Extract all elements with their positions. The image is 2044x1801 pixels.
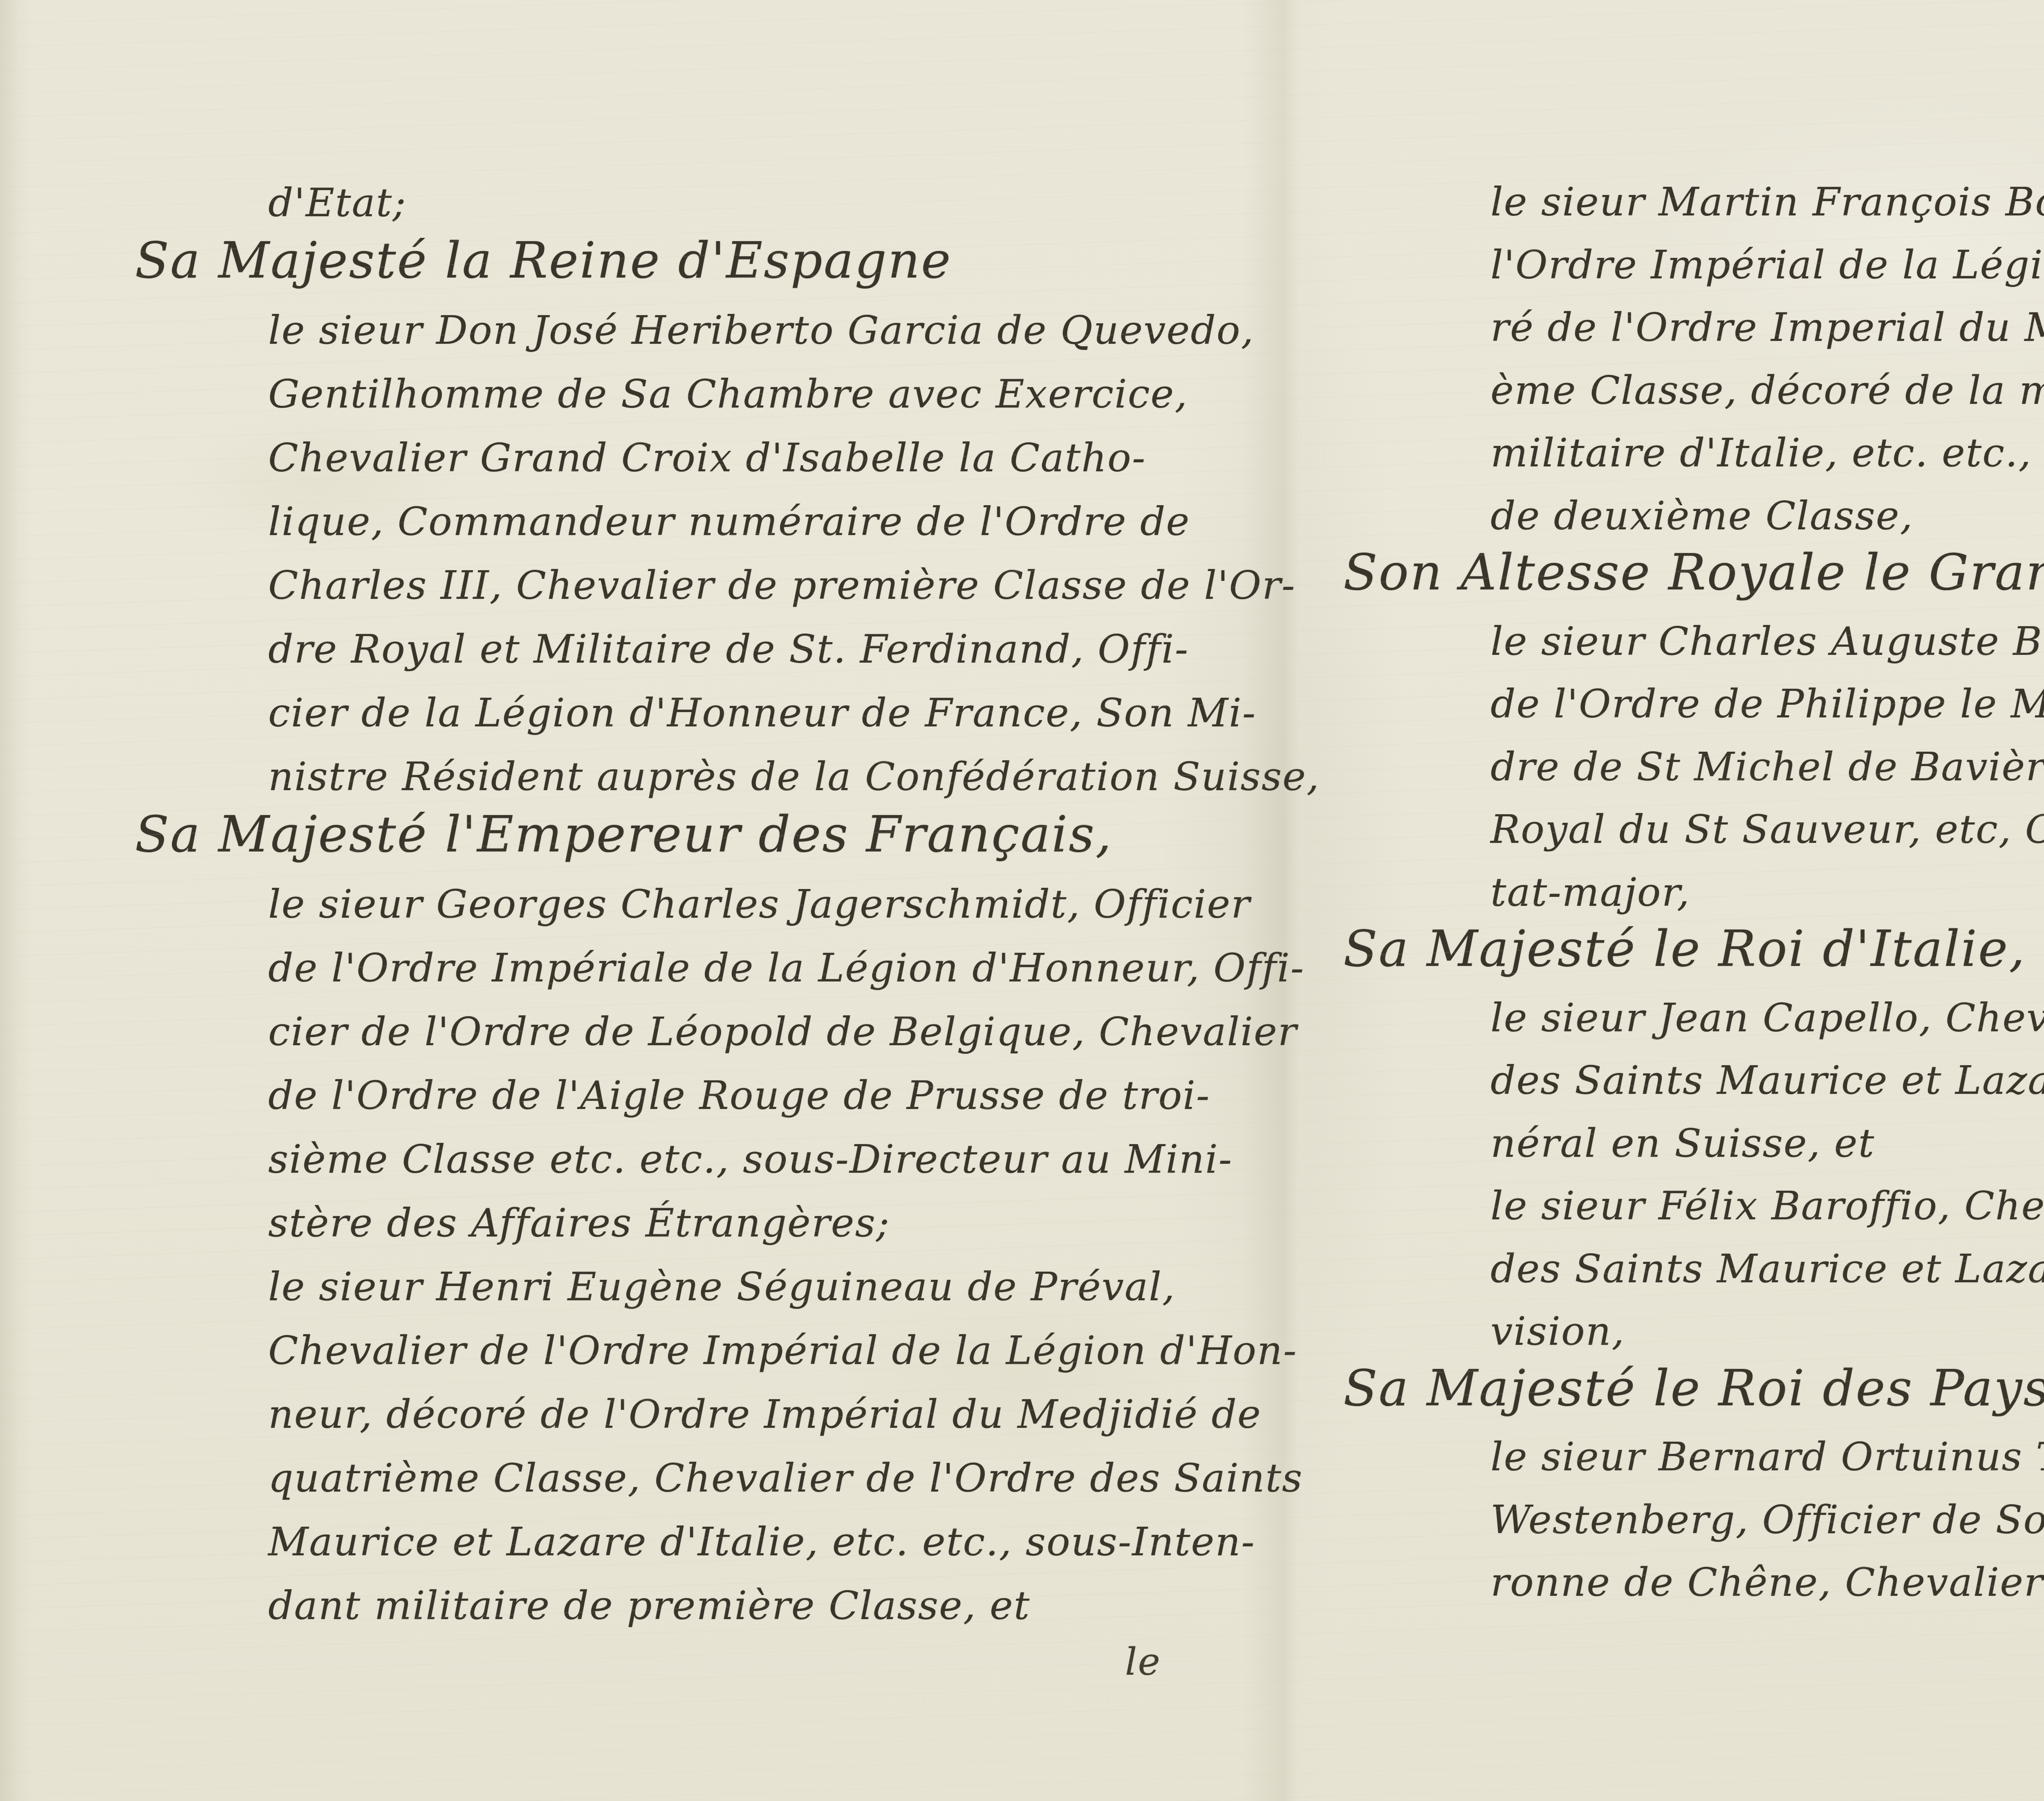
manuscript-text-line: de l'Ordre Impériale de la Légion d'Honn…	[268, 945, 1304, 991]
manuscript-text-line: Chevalier de l'Ordre Impérial de la Légi…	[268, 1328, 1297, 1373]
manuscript-text-line: sième Classe etc. etc., sous-Directeur a…	[268, 1136, 1233, 1182]
catchword-left: le	[1125, 1640, 1161, 1684]
manuscript-text-line: le sieur Georges Charles Jagerschmidt, O…	[268, 881, 1251, 927]
sovereign-heading-line: Sa Majesté l'Empereur des Français,	[135, 805, 1113, 863]
manuscript-text-line: Maurice et Lazare d'Italie, etc. etc., s…	[268, 1519, 1255, 1565]
sovereign-heading-line: Sa Majesté le Roi des Pays-Bas,	[1343, 1359, 2044, 1417]
manuscript-text-line: l'Ordre Impérial de la Légion d'Honneur,…	[1490, 242, 2044, 288]
manuscript-text-line: nistre Résident auprès de la Confédérati…	[268, 754, 1320, 800]
manuscript-text-line: neur, décoré de l'Ordre Impérial du Medj…	[268, 1391, 1262, 1437]
manuscript-text-line: cier de la Légion d'Honneur de France, S…	[268, 690, 1256, 736]
sovereign-heading-line: Sa Majesté la Reine d'Espagne	[135, 231, 952, 289]
manuscript-text-line: le sieur Don José Heriberto Garcia de Qu…	[268, 307, 1254, 353]
manuscript-text-line: vision,	[1490, 1308, 1625, 1354]
manuscript-text-line: le sieur Bernard Ortuinus Théodore Henri	[1490, 1434, 2044, 1480]
sovereign-heading-line: Son Altesse Royale le Grand-Duc de Hesse…	[1343, 543, 2044, 601]
manuscript-text-line: dre de St Michel de Bavière, Officier de…	[1490, 744, 2044, 790]
manuscript-text-line: tat-major,	[1490, 869, 1690, 915]
manuscript-text-line: lique, Commandeur numéraire de l'Ordre d…	[268, 499, 1190, 544]
manuscript-text-line: ème Classe, décoré de la médaille de la …	[1490, 367, 2044, 413]
manuscript-page: 3 d'Etat;Sa Majesté la Reine d'Espagnele…	[0, 0, 2044, 1801]
manuscript-text-line: le sieur Charles Auguste Brodruck, Cheva…	[1490, 618, 2044, 664]
manuscript-text-line: Chevalier Grand Croix d'Isabelle la Cath…	[268, 435, 1146, 481]
manuscript-text-line: des Saints Maurice et Lazare, Médecin de…	[1490, 1246, 2044, 1292]
manuscript-text-line: ré de l'Ordre Imperial du Medjidié de qu…	[1490, 305, 2044, 350]
manuscript-text-line: des Saints Maurice et Lazare, Son Consul…	[1490, 1057, 2044, 1103]
sovereign-heading-line: Sa Majesté le Roi d'Italie,	[1343, 920, 2026, 978]
manuscript-text-line: de l'Ordre de l'Aigle Rouge de Prusse de…	[268, 1073, 1210, 1118]
manuscript-text-line: de deuxième Classe,	[1490, 493, 1913, 539]
center-fold	[1243, 0, 1333, 1801]
manuscript-text-line: Charles III, Chevalier de première Class…	[268, 562, 1296, 608]
manuscript-text-line: de l'Ordre de Philippe le Magnanime, de …	[1490, 681, 2044, 727]
manuscript-text-line: cier de l'Ordre de Léopold de Belgique, …	[268, 1009, 1298, 1055]
manuscript-text-line: Gentilhomme de Sa Chambre avec Exercice,	[268, 371, 1188, 417]
manuscript-text-line: le sieur Jean Capello, Chevalier de l'Or…	[1490, 995, 2044, 1041]
manuscript-text-line: ronne de Chêne, Chevalier des Ordres de—	[1490, 1559, 2044, 1605]
manuscript-text-line: dre Royal et Militaire de St. Ferdinand,…	[268, 626, 1189, 672]
manuscript-text-line: Westenberg, Officier de Son Ordre de la …	[1490, 1497, 2044, 1543]
manuscript-text-line: néral en Suisse, et	[1490, 1120, 1875, 1166]
manuscript-text-line: le sieur Félix Baroffio, Chevalier de l'…	[1490, 1183, 2044, 1229]
manuscript-text-line: quatrième Classe, Chevalier de l'Ordre d…	[268, 1455, 1303, 1501]
manuscript-text-line: dant militaire de première Classe, et	[268, 1583, 1030, 1629]
manuscript-text-line: le sieur Martin François Boudier, Offici…	[1490, 179, 2044, 225]
left-page-edge	[0, 0, 33, 1801]
manuscript-text-line: militaire d'Italie, etc. etc., Médecin p…	[1490, 430, 2044, 476]
manuscript-text-line: Royal du St Sauveur, etc, Chef de batail…	[1490, 806, 2044, 852]
manuscript-text-line: d'Etat;	[268, 180, 407, 226]
manuscript-text-line: le sieur Henri Eugène Séguineau de Préva…	[268, 1264, 1175, 1310]
manuscript-text-line: stère des Affaires Étrangères;	[268, 1200, 890, 1246]
